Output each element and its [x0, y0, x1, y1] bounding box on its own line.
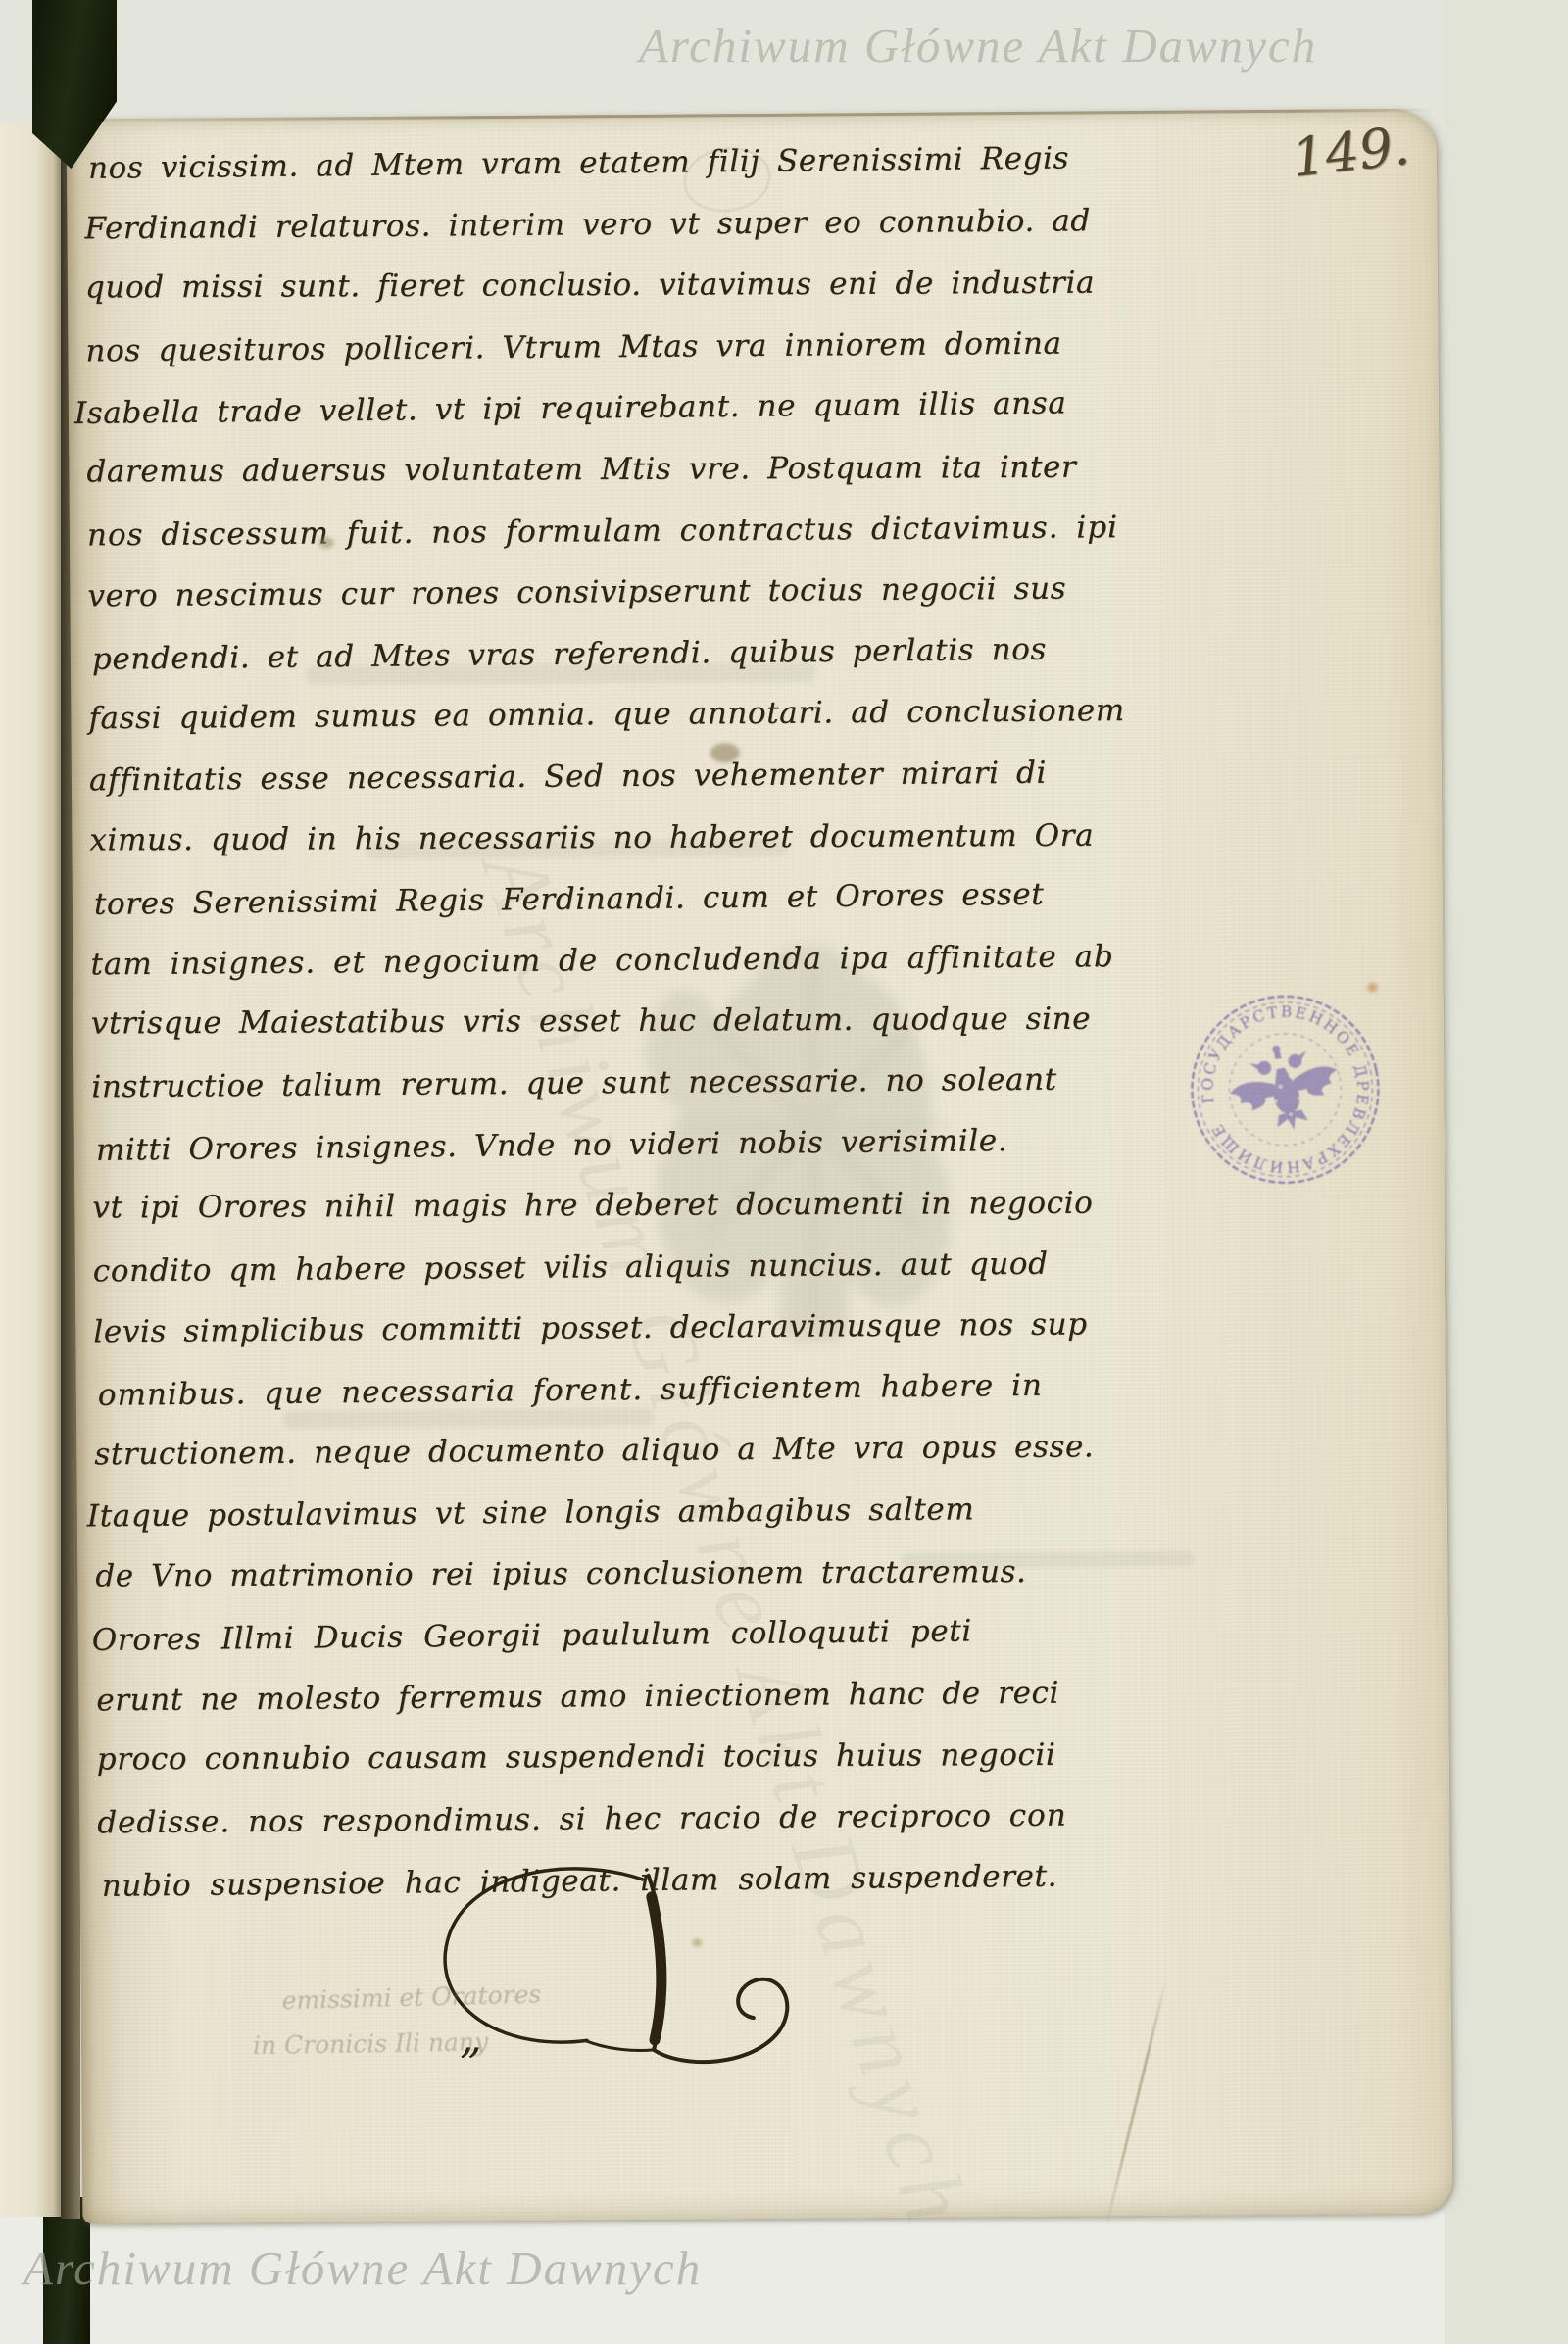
manuscript-line: structionem. neque documento aliquo a Mt…	[94, 1416, 1250, 1487]
manuscript-line: proco connubio causam suspendendi tocius…	[97, 1724, 1253, 1790]
manuscript-line: mitti Orores insignes. Vnde no videri no…	[96, 1107, 1249, 1181]
facing-page-edge	[0, 123, 65, 2217]
manuscript-line: instructioe talium rerum. que sunt neces…	[91, 1048, 1248, 1118]
archive-stamp: ГОСУДАРСТВЕННОЕ ДРЕВЛЕХРАНИЛИЩЕ	[1168, 973, 1401, 1206]
manuscript-line: daremus aduersus voluntatem Mtis vre. Po…	[86, 436, 1243, 503]
folio-number: 149.	[1289, 110, 1451, 189]
rust-spot	[692, 1938, 702, 1946]
manuscript-line: condito qm habere posset vilis aliquis n…	[93, 1232, 1249, 1302]
manuscript-line: Orores Illmi Ducis Georgii paululum coll…	[91, 1598, 1252, 1672]
manuscript-line: Isabella trade vellet. vt ipi requireban…	[74, 371, 1244, 445]
manuscript-line: vero nescimus cur rones consivipserunt t…	[87, 557, 1244, 627]
archive-watermark-bottom: Archiwum Główne Akt Dawnych	[24, 2240, 702, 2296]
manuscript-line: nos discessum fuit. nos formulam contrac…	[87, 496, 1244, 566]
manuscript-line: levis simplicibus committi posset. decla…	[93, 1293, 1249, 1363]
manuscript-line: nos quesituros polliceri. Vtrum Mtas vra…	[85, 312, 1242, 382]
manuscript-line: nos vicissim. ad Mtem vram etatem filij …	[88, 126, 1242, 200]
scan-background-right	[1445, 0, 1568, 2344]
manuscript-line: de Vno matrimonio rei ipius conclusionem…	[95, 1540, 1251, 1607]
page-top-edge	[67, 109, 1437, 122]
archive-watermark-top: Archiwum Główne Akt Dawnych	[639, 18, 1317, 73]
rust-spot	[1368, 983, 1378, 992]
showthrough-note: in Cronicis Ili nany	[253, 2027, 489, 2060]
manuscript-line: tores Serenissimi Regis Ferdinandi. cum …	[94, 862, 1248, 936]
manuscript-line: quod missi sunt. fieret conclusio. vitav…	[85, 252, 1242, 318]
ink-stain	[318, 537, 334, 548]
manuscript-line: vt ipi Orores nihil magis hre deberet do…	[92, 1172, 1249, 1239]
double-headed-eagle-icon	[1222, 1034, 1347, 1142]
manuscript-line: erunt ne molesto ferremus amo iniectione…	[96, 1661, 1252, 1732]
manuscript-line: tam insignes. et negocium de concludenda…	[90, 925, 1247, 996]
manuscript-line: ximus. quod in his necessariis no habere…	[89, 804, 1246, 870]
manuscript-line: affinitatis esse necessaria. Sed nos veh…	[89, 741, 1246, 811]
manuscript-line: fassi quidem sumus ea omnia. que annotar…	[88, 679, 1245, 750]
manuscript-line: dedisse. nos respondimus. si hec racio d…	[97, 1783, 1253, 1854]
manuscript-line: Itaque postulavimus vt sine longis ambag…	[87, 1477, 1251, 1547]
manuscript-line: pendendi. et ad Mtes vras referendi. qui…	[92, 616, 1246, 690]
manuscript-line: omnibus. que necessaria forent. sufficie…	[97, 1352, 1250, 1426]
manuscript-page: Archiwum Główne Akt Dawnych 149. no	[67, 109, 1453, 2224]
ink-stain	[710, 743, 740, 762]
archival-scan: Archiwum Główne Akt Dawnych Archiwum Głó…	[0, 0, 1568, 2344]
paper-crease	[1104, 1979, 1167, 2227]
manuscript-text: nos vicissim. ad Mtem vram etatem filij …	[84, 127, 1254, 1915]
manuscript-line: Ferdinandi relaturos. interim vero vt su…	[84, 189, 1241, 260]
manuscript-line: vtrisque Maiestatibus vris esset huc del…	[91, 988, 1248, 1054]
